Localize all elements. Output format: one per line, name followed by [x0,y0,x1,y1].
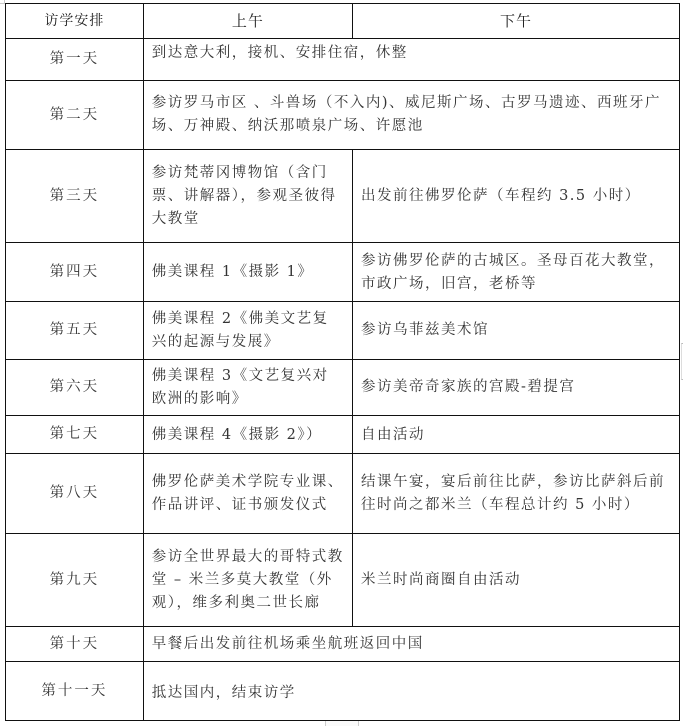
table-row-day7: 第七天 佛美课程 4《摄影 2》） 自由活动 [6,416,680,454]
day-label: 第九天 [6,534,144,627]
header-row: 访学安排 上午 下午 [6,4,680,39]
table-row-day2: 第二天 参访罗马市区 、斗兽场（不入内)、威尼斯广场、古罗马遗迹、西班牙广场、万… [6,81,680,150]
morning-activity: 佛美课程 2《佛美文艺复兴的起源与发展》 [143,302,352,360]
day-label: 第八天 [6,454,144,534]
day-label: 第十一天 [6,662,144,721]
day-label: 第三天 [6,150,144,243]
day-label: 第二天 [6,81,144,150]
afternoon-activity: 参访乌菲兹美术馆 [352,302,679,360]
full-day-activity: 抵达国内，结束访学 [143,662,679,721]
afternoon-activity: 自由活动 [352,416,679,454]
full-day-activity: 参访罗马市区 、斗兽场（不入内)、威尼斯广场、古罗马遗迹、西班牙广场、万神殿、纳… [143,81,679,150]
morning-activity: 参访全世界最大的哥特式教堂 – 米兰多莫大教堂（外观），维多利奥二世长廊 [143,534,352,627]
full-day-activity: 早餐后出发前往机场乘坐航班返回中国 [143,627,679,662]
afternoon-activity: 参访佛罗伦萨的古城区。圣母百花大教堂，市政广场，旧宫，老桥等 [352,243,679,302]
header-afternoon: 下午 [352,4,679,39]
day-label: 第一天 [6,39,144,81]
day-label: 第六天 [6,360,144,416]
itinerary-table: 访学安排 上午 下午 第一天 到达意大利，接机、安排住宿，休整 第二天 参访罗马… [5,3,680,721]
table-row-day4: 第四天 佛美课程 1《摄影 1》 参访佛罗伦萨的古城区。圣母百花大教堂，市政广场… [6,243,680,302]
day-label: 第五天 [6,302,144,360]
morning-activity: 佛美课程 1《摄影 1》 [143,243,352,302]
table-row-day9: 第九天 参访全世界最大的哥特式教堂 – 米兰多莫大教堂（外观），维多利奥二世长廊… [6,534,680,627]
header-morning: 上午 [143,4,352,39]
full-day-activity: 到达意大利，接机、安排住宿，休整 [143,39,679,81]
table-row-day8: 第八天 佛罗伦萨美术学院专业课、作品讲评、证书颁发仪式 结课午宴，宴后前往比萨，… [6,454,680,534]
table-row-day6: 第六天 佛美课程 3《文艺复兴对欧洲的影响》 参访美帝奇家族的宫殿-碧提宫 [6,360,680,416]
table-row-day1: 第一天 到达意大利，接机、安排住宿，休整 [6,39,680,81]
table-row-day3: 第三天 参访梵蒂冈博物馆（含门票、讲解器），参观圣彼得大教堂 出发前往佛罗伦萨（… [6,150,680,243]
day-label: 第四天 [6,243,144,302]
table-row-day5: 第五天 佛美课程 2《佛美文艺复兴的起源与发展》 参访乌菲兹美术馆 [6,302,680,360]
morning-activity: 佛美课程 3《文艺复兴对欧洲的影响》 [143,360,352,416]
table-row-day11: 第十一天 抵达国内，结束访学 [6,662,680,721]
afternoon-activity: 出发前往佛罗伦萨（车程约 3.5 小时） [352,150,679,243]
morning-activity: 佛罗伦萨美术学院专业课、作品讲评、证书颁发仪式 [143,454,352,534]
day-label: 第七天 [6,416,144,454]
header-day: 访学安排 [6,4,144,39]
morning-activity: 佛美课程 4《摄影 2》） [143,416,352,454]
table-row-day10: 第十天 早餐后出发前往机场乘坐航班返回中国 [6,627,680,662]
afternoon-activity: 参访美帝奇家族的宫殿-碧提宫 [352,360,679,416]
table-resize-handle[interactable] [325,721,359,726]
morning-activity: 参访梵蒂冈博物馆（含门票、讲解器），参观圣彼得大教堂 [143,150,352,243]
afternoon-activity: 结课午宴，宴后前往比萨，参访比萨斜后前往时尚之都米兰（车程总计约 5 小时） [352,454,679,534]
afternoon-activity: 米兰时尚商圈自由活动 [352,534,679,627]
day-label: 第十天 [6,627,144,662]
